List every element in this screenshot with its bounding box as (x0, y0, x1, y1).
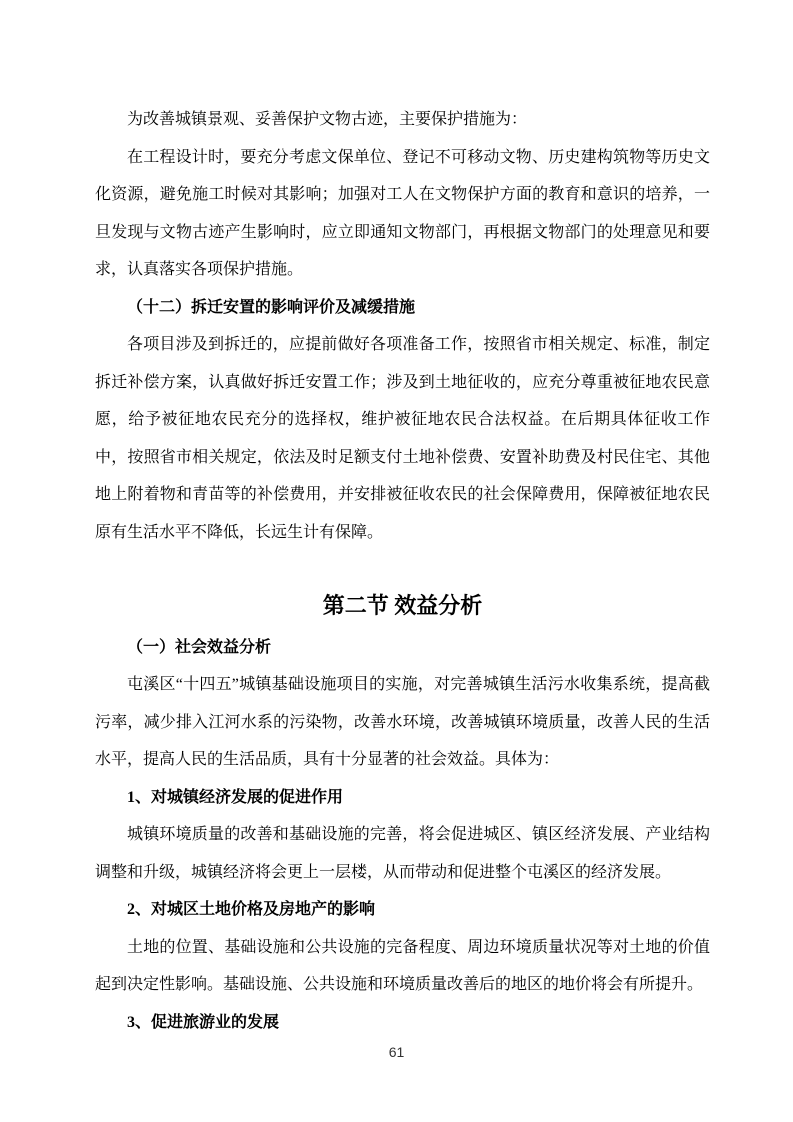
para-demolition-compensation: 各项目涉及到拆迁的，应提前做好各项准备工作，按照省市相关规定、标准，制定拆迁补偿… (95, 326, 710, 551)
heading-tourism-development: 3、促进旅游业的发展 (95, 1004, 710, 1042)
para-protection-intro: 为改善城镇景观、妥善保护文物古迹，主要保护措施为： (95, 101, 710, 139)
para-design-protection: 在工程设计时，要充分考虑文保单位、登记不可移动文物、历史建构筑物等历史文化资源，… (95, 139, 710, 289)
heading-section-12-demolition: （十二）拆迁安置的影响评价及减缓措施 (95, 289, 710, 327)
document-page: 为改善城镇景观、妥善保护文物古迹，主要保护措施为： 在工程设计时，要充分考虑文保… (0, 0, 793, 1122)
page-number: 61 (0, 1045, 793, 1059)
para-land-price: 土地的位置、基础设施和公共设施的完备程度、周边环境质量状况等对土地的价值起到决定… (95, 929, 710, 1004)
heading-land-price: 2、对城区土地价格及房地产的影响 (95, 891, 710, 929)
heading-economy-promotion: 1、对城镇经济发展的促进作用 (95, 779, 710, 817)
section-title-benefit-analysis: 第二节 效益分析 (95, 587, 710, 625)
para-social-benefit: 屯溪区“十四五”城镇基础设施项目的实施，对完善城镇生活污水收集系统，提高截污率，… (95, 666, 710, 779)
document-body: 为改善城镇景观、妥善保护文物古迹，主要保护措施为： 在工程设计时，要充分考虑文保… (95, 0, 710, 1041)
heading-social-benefit: （一）社会效益分析 (95, 629, 710, 667)
para-economy-promotion: 城镇环境质量的改善和基础设施的完善，将会促进城区、镇区经济发展、产业结构调整和升… (95, 816, 710, 891)
